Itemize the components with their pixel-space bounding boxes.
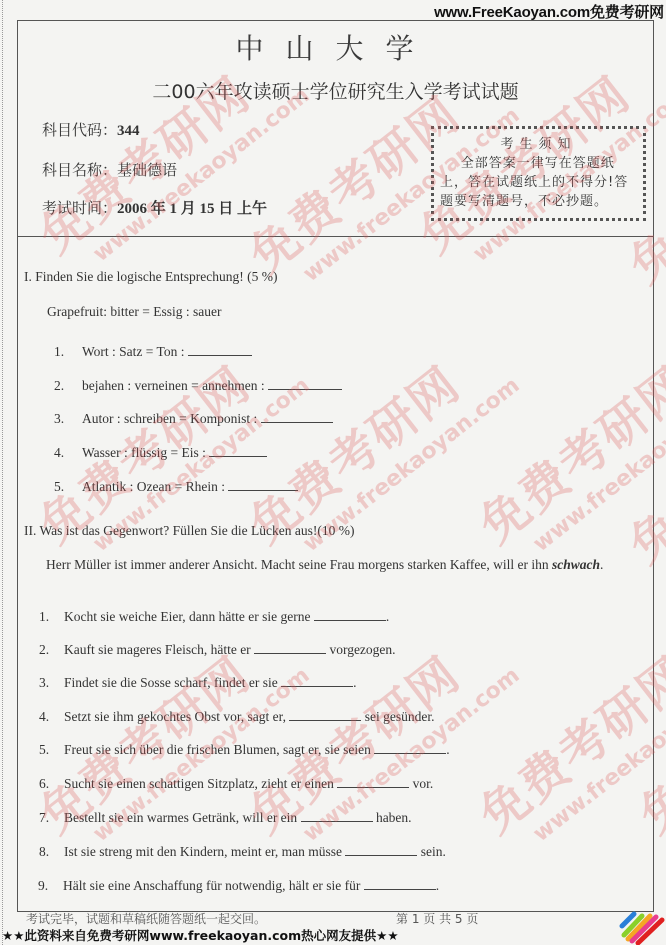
item-text: Hält sie eine Anschaffung für notwendig,… (63, 878, 360, 893)
item-text: Autor : schreiben = Komponist : (82, 411, 257, 426)
item-text: Kauft sie mageres Fleisch, hätte er (64, 642, 251, 657)
item-text: Wort : Satz = Ton : (82, 344, 184, 359)
item-text: Findet sie die Sosse scharf, findet er s… (64, 675, 278, 690)
site-banner: www.FreeKaoyan.com免费考研网 (434, 1, 664, 22)
item-text-end: . (446, 742, 449, 757)
site-logo-icon (612, 902, 666, 945)
item-text: Sucht sie einen schattigen Sitzplatz, zi… (64, 776, 334, 791)
answer-blank (314, 608, 386, 621)
answer-blank (261, 410, 333, 423)
item-text: bejahen : verneinen = annehmen : (82, 378, 265, 393)
section-2-title: II. Was ist das Gegenwort? Füllen Sie di… (24, 523, 354, 539)
section-1-item: 2.bejahen : verneinen = annehmen : (54, 377, 342, 394)
item-text-end: . (353, 675, 356, 690)
subject-code: 科目代码：344 (42, 119, 140, 140)
answer-blank (281, 674, 353, 687)
section-1-item: 4.Wasser : flüssig = Eis : (54, 444, 267, 461)
section-1-item: 1.Wort : Satz = Ton : (54, 343, 252, 360)
section-2-item: 3.Findet sie die Sosse scharf, findet er… (39, 674, 356, 691)
header-divider (18, 236, 653, 237)
item-number: 1. (54, 344, 82, 360)
footer-note: 考试完毕，试题和草稿纸随答题纸一起交回。 (26, 910, 266, 927)
item-number: 5. (54, 479, 82, 495)
item-text-end: sei gesünder. (365, 709, 435, 724)
exam-page-frame: 中山大学 二00六年攻读硕士学位研究生入学考试试题 科目代码：344 科目名称：… (17, 20, 654, 912)
item-number: 3. (39, 675, 64, 691)
exam-title: 二00六年攻读硕士学位研究生入学考试试题 (18, 77, 653, 104)
item-text: Ist sie streng mit den Kindern, meint er… (64, 844, 342, 859)
answer-blank (289, 708, 361, 721)
section-2-item: 7.Bestellt sie ein warmes Getränk, will … (39, 809, 412, 826)
item-text-end: . (386, 609, 389, 624)
answer-blank (374, 741, 446, 754)
item-text-end: vor. (413, 776, 434, 791)
exam-time: 考试时间：2006 年 1 月 15 日 上午 (42, 197, 267, 218)
answer-blank (301, 809, 373, 822)
answer-blank (345, 843, 417, 856)
section-2-item: 9.Hält sie eine Anschaffung für notwendi… (38, 877, 439, 894)
section-2-item: 2.Kauft sie mageres Fleisch, hätte er vo… (39, 641, 396, 658)
answer-blank (268, 377, 342, 390)
item-number: 4. (54, 445, 82, 461)
bottom-banner: ★★此资料来自免费考研网www.freekaoyan.com热心网友提供★★ (2, 926, 399, 944)
answer-blank (228, 478, 298, 491)
section-1-item: 5.Atlantik : Ozean = Rhein : (54, 478, 298, 495)
page-number: 第 1 页 共 5 页 (396, 910, 478, 927)
item-text-end: haben. (376, 810, 412, 825)
item-number: 5. (39, 742, 64, 758)
answer-blank (188, 343, 252, 356)
item-text: Freut sie sich über die frischen Blumen,… (64, 742, 371, 757)
section-1-title: I. Finden Sie die logische Entsprechung!… (24, 269, 277, 285)
item-number: 7. (39, 810, 64, 826)
item-number: 8. (39, 844, 64, 860)
answer-blank (209, 444, 267, 457)
item-text: Bestellt sie ein warmes Getränk, will er… (64, 810, 297, 825)
item-number: 6. (39, 776, 64, 792)
item-text: Atlantik : Ozean = Rhein : (82, 479, 225, 494)
section-1-example: Grapefruit: bitter = Essig : sauer (47, 304, 221, 320)
item-number: 4. (39, 709, 64, 725)
item-number: 2. (54, 378, 82, 394)
answer-blank (364, 877, 436, 890)
item-text-end: vorgezogen. (329, 642, 395, 657)
section-2-item: 4.Setzt sie ihm gekochtes Obst vor, sagt… (39, 708, 435, 725)
notice-title: 考生须知 (440, 135, 637, 154)
item-text-end: . (436, 878, 439, 893)
item-number: 2. (39, 642, 64, 658)
section-2-item: 1.Kocht sie weiche Eier, dann hätte er s… (39, 608, 389, 625)
section-2-intro: Herr Müller ist immer anderer Ansicht. M… (46, 556, 646, 574)
candidate-notice: 考生须知 全部答案一律写在答题纸上，答在试题纸上的不得分!答题要写清题号，不必抄… (431, 126, 646, 221)
section-1-item: 3.Autor : schreiben = Komponist : (54, 410, 333, 427)
answer-blank (337, 775, 409, 788)
section-2-item: 5.Freut sie sich über die frischen Blume… (39, 741, 450, 758)
emphasis-word: schwach (552, 557, 600, 572)
university-name: 中山大学 (18, 27, 653, 67)
section-2-item: 8.Ist sie streng mit den Kindern, meint … (39, 843, 446, 860)
scan-edge (2, 0, 3, 945)
item-number: 1. (39, 609, 64, 625)
item-text: Wasser : flüssig = Eis : (82, 445, 206, 460)
item-text: Setzt sie ihm gekochtes Obst vor, sagt e… (64, 709, 286, 724)
item-text-end: sein. (421, 844, 446, 859)
item-number: 9. (38, 878, 63, 894)
section-2-item: 6.Sucht sie einen schattigen Sitzplatz, … (39, 775, 433, 792)
item-number: 3. (54, 411, 82, 427)
item-text: Kocht sie weiche Eier, dann hätte er sie… (64, 609, 310, 624)
answer-blank (254, 641, 326, 654)
subject-name: 科目名称：基础德语 (42, 159, 177, 180)
notice-body: 全部答案一律写在答题纸上，答在试题纸上的不得分!答题要写清题号，不必抄题。 (440, 154, 637, 211)
